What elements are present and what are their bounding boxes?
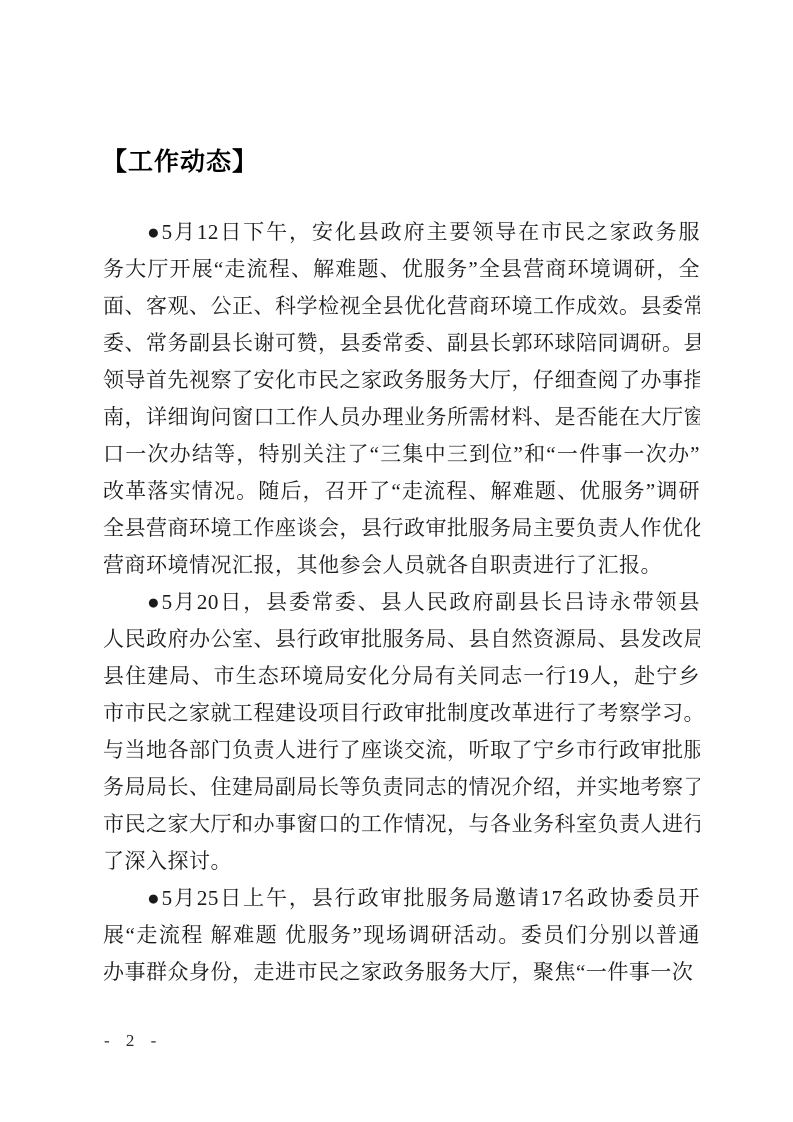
text-line: 领导首先视察了安化市民之家政务服务大厅，仔细查阅了办事指 — [103, 362, 700, 399]
text-line: ●5月20日，县委常委、县人民政府副县长吕诗永带领县 — [103, 584, 700, 621]
paragraph: ●5月12日下午，安化县政府主要领导在市民之家政务服务大厅开展“走流程、解难题、… — [103, 214, 700, 584]
text-line: 委、常务副县长谢可赞，县委常委、副县长郭环球陪同调研。县 — [103, 325, 700, 362]
text-line: 务大厅开展“走流程、解难题、优服务”全县营商环境调研，全 — [103, 251, 700, 288]
text-line: 全县营商环境工作座谈会，县行政审批服务局主要负责人作优化 — [103, 510, 700, 547]
text-line: 南，详细询问窗口工作人员办理业务所需材料、是否能在大厅窗 — [103, 399, 700, 436]
text-line: ●5月12日下午，安化县政府主要领导在市民之家政务服 — [103, 214, 700, 251]
text-line: 市市民之家就工程建设项目行政审批制度改革进行了考察学习。 — [103, 695, 700, 732]
text-line: 市民之家大厅和办事窗口的工作情况，与各业务科室负责人进行 — [103, 806, 700, 843]
text-line: 与当地各部门负责人进行了座谈交流，听取了宁乡市行政审批服 — [103, 732, 700, 769]
text-line: 改革落实情况。随后，召开了“走流程、解难题、优服务”调研 — [103, 473, 700, 510]
text-line: 务局局长、住建局副局长等负责同志的情况介绍，并实地考察了 — [103, 769, 700, 806]
text-line: 了深入探讨。 — [103, 843, 700, 880]
text-line: 办事群众身份，走进市民之家政务服务大厅，聚焦“一件事一次 — [103, 954, 700, 991]
section-heading: 【工作动态】 — [102, 146, 258, 178]
paragraph: ●5月20日，县委常委、县人民政府副县长吕诗永带领县人民政府办公室、县行政审批服… — [103, 584, 700, 880]
text-line: 口一次办结等，特别关注了“三集中三到位”和“一件事一次办” — [103, 436, 700, 473]
paragraph: ●5月25日上午，县行政审批服务局邀请17名政协委员开展“走流程 解难题 优服务… — [103, 880, 700, 991]
text-line: 人民政府办公室、县行政审批服务局、县自然资源局、县发改局、 — [103, 621, 700, 658]
text-line: 展“走流程 解难题 优服务”现场调研活动。委员们分别以普通 — [103, 917, 700, 954]
page-number: - 2 - — [104, 1028, 162, 1054]
text-line: 面、客观、公正、科学检视全县优化营商环境工作成效。县委常 — [103, 288, 700, 325]
document-body: ●5月12日下午，安化县政府主要领导在市民之家政务服务大厅开展“走流程、解难题、… — [103, 214, 700, 991]
document-page: 【工作动态】 ●5月12日下午，安化县政府主要领导在市民之家政务服务大厅开展“走… — [0, 0, 793, 1122]
text-line: 营商环境情况汇报，其他参会人员就各自职责进行了汇报。 — [103, 547, 700, 584]
text-line: ●5月25日上午，县行政审批服务局邀请17名政协委员开 — [103, 880, 700, 917]
text-line: 县住建局、市生态环境局安化分局有关同志一行19人，赴宁乡 — [103, 658, 700, 695]
